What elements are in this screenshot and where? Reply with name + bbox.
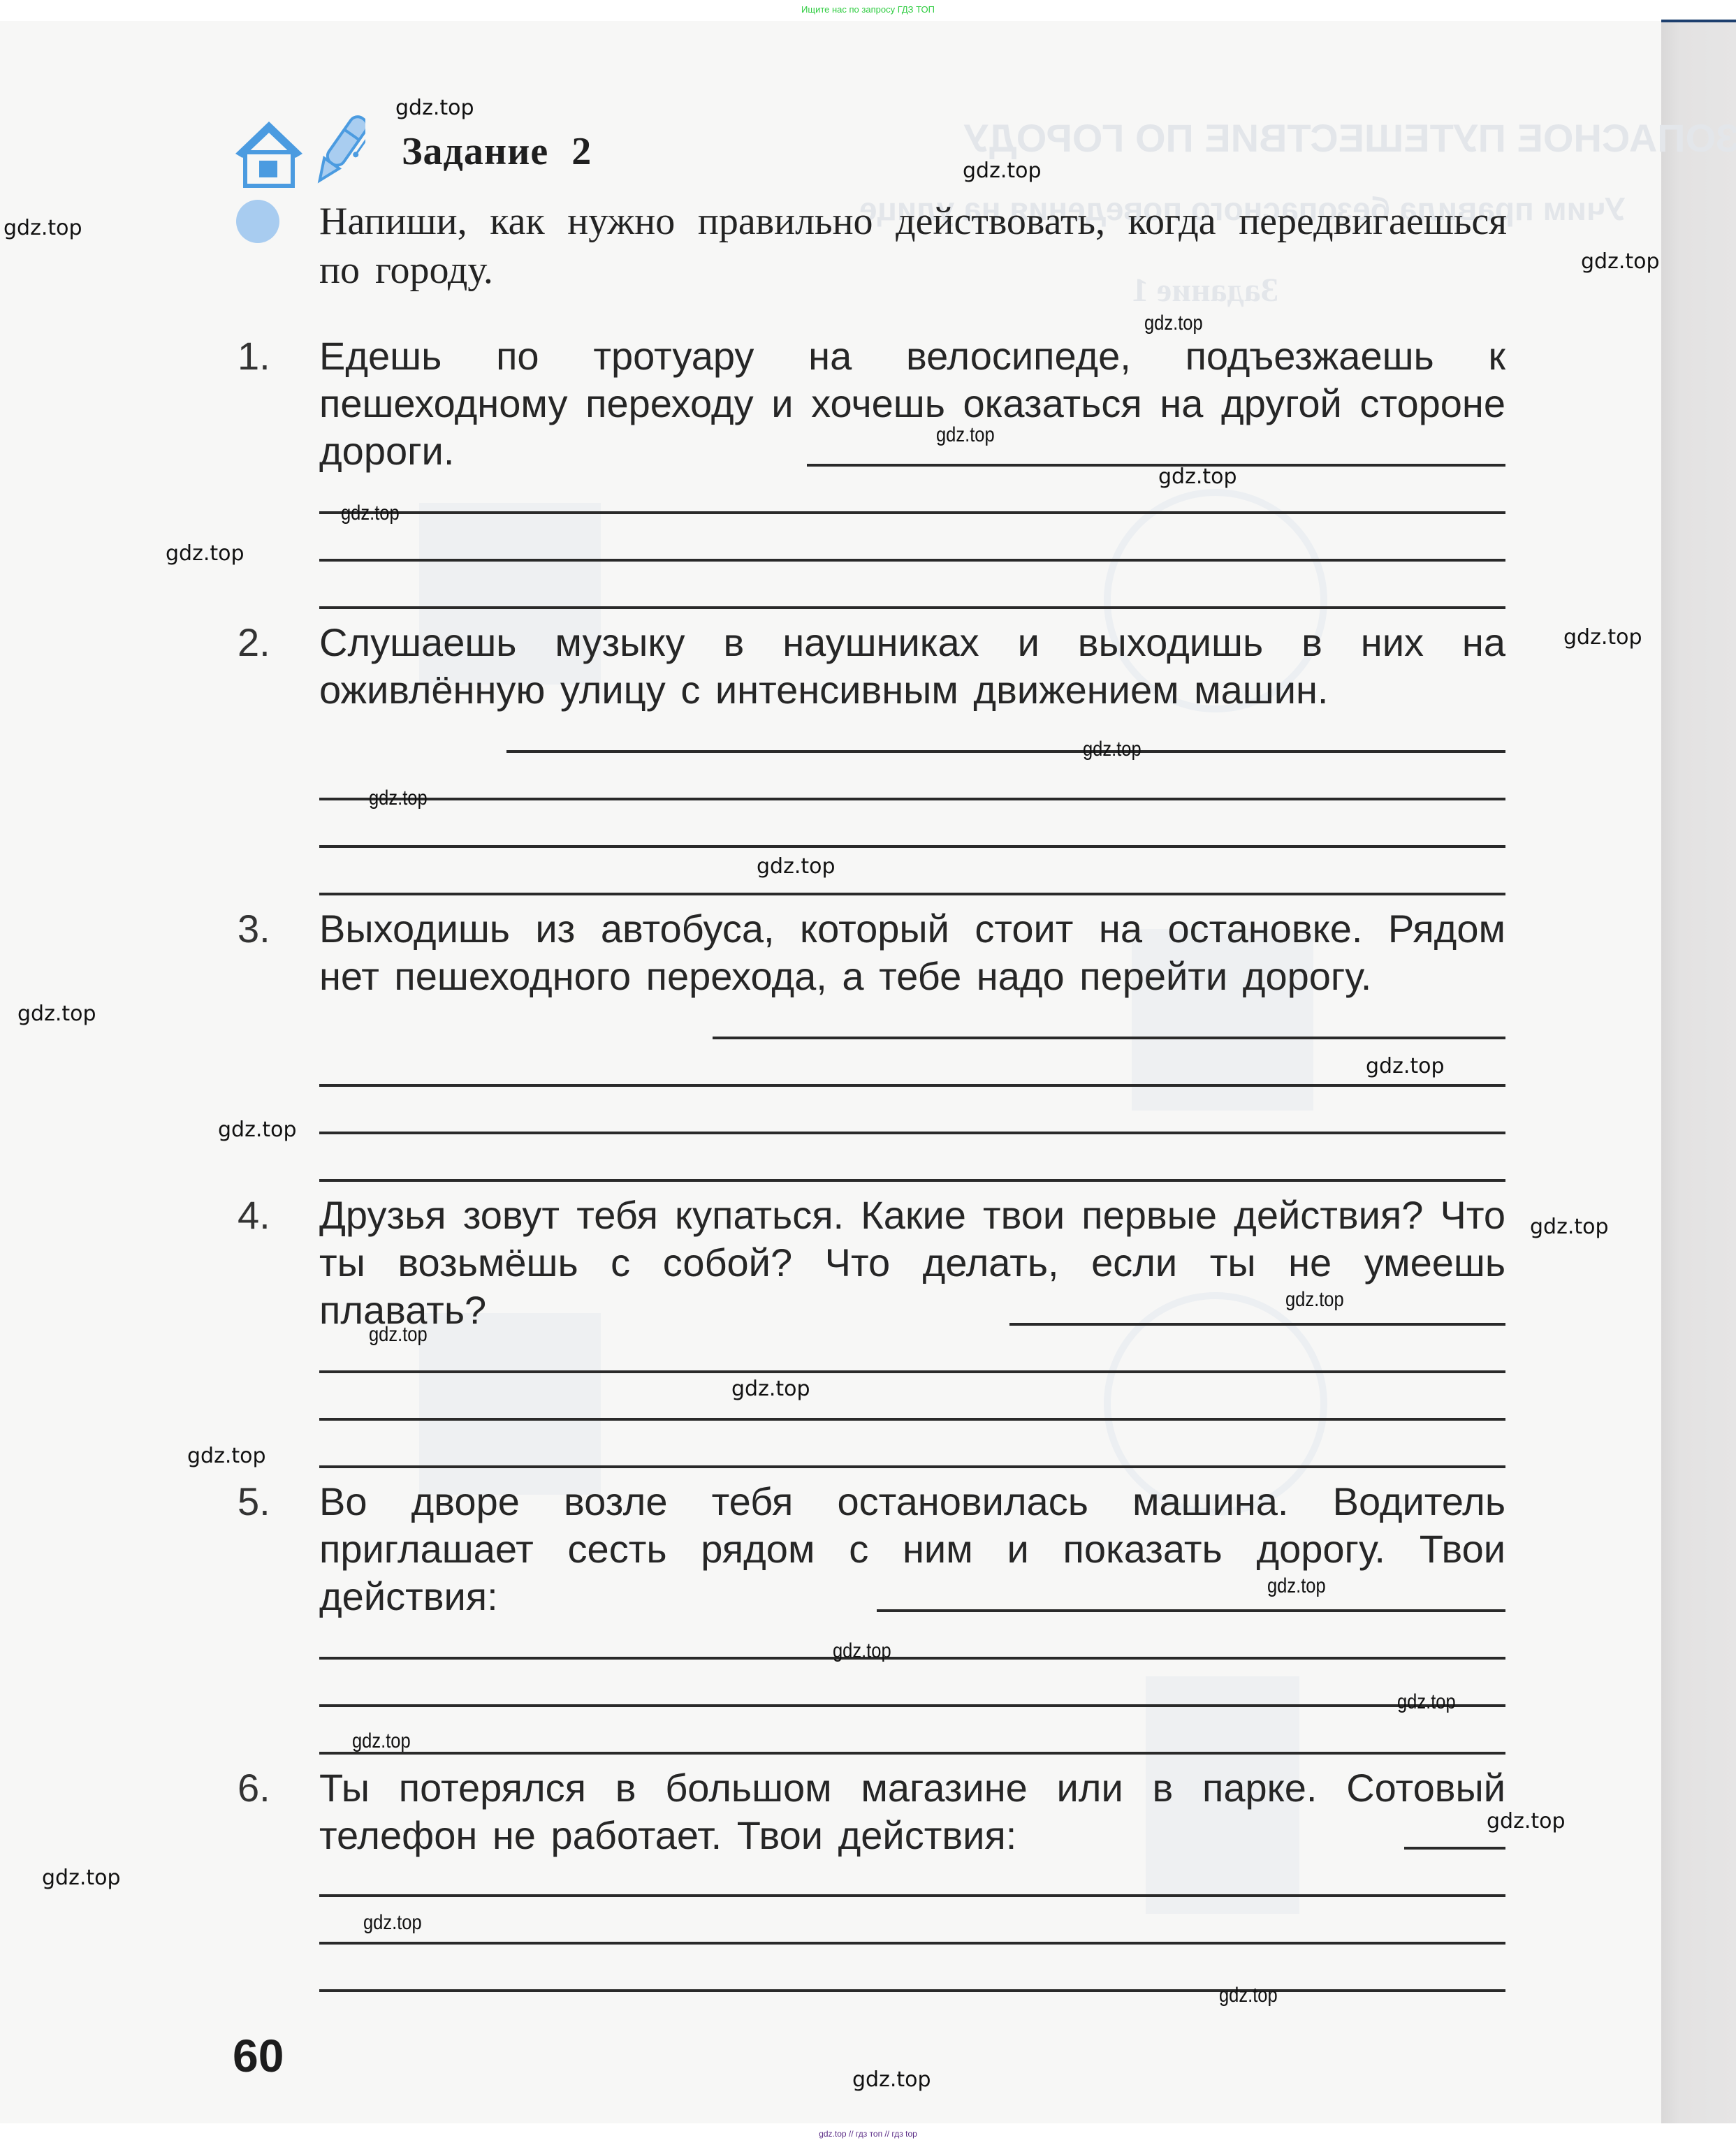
watermark-text: gdz.top	[852, 2070, 931, 2091]
answer-line[interactable]	[319, 893, 1505, 895]
answer-line[interactable]	[319, 606, 1505, 609]
watermark-text: gdz.top	[42, 1868, 121, 1889]
watermark-text: gdz.top	[936, 425, 995, 446]
watermark-text: gdz.top	[1158, 467, 1237, 488]
watermark-text: gdz.top	[166, 543, 245, 564]
watermark-text: gdz.top	[3, 218, 82, 239]
watermark-text: gdz.top	[757, 856, 836, 877]
question-text: Во дворе возле тебя остановилась машина.…	[319, 1478, 1505, 1620]
answer-line[interactable]	[319, 845, 1505, 848]
question-number: 3.	[238, 905, 270, 953]
question-text: Выходишь из автобуса, который стоит на о…	[319, 905, 1505, 1000]
question-text: Друзья зовут тебя купаться. Какие твои п…	[319, 1192, 1505, 1334]
answer-line[interactable]	[319, 1942, 1505, 1945]
question-text: Едешь по тротуару на велосипеде, подъезж…	[319, 332, 1505, 475]
question-number: 4.	[238, 1192, 270, 1239]
question-text-content: Выходишь из автобуса, который стоит на о…	[319, 907, 1505, 998]
answer-line[interactable]	[319, 1657, 1505, 1660]
watermark-text: gdz.top	[1487, 1811, 1566, 1832]
question-text-content: Слушаешь музыку в наушниках и выходишь в…	[319, 620, 1505, 712]
watermark-text: gdz.top	[1144, 313, 1203, 334]
answer-line[interactable]	[319, 1989, 1505, 1992]
watermark-text: gdz.top	[218, 1120, 297, 1141]
watermark-text: gdz.top	[369, 788, 428, 809]
instruction-text: Напиши, как нужно правильно действовать,…	[319, 197, 1507, 295]
watermark-text: gdz.top	[363, 1912, 422, 1933]
footer-credit: gdz.top // гдз топ // гдз top	[0, 2129, 1736, 2139]
question-text-content: Во дворе возле тебя остановилась машина.…	[319, 1479, 1505, 1618]
watermark-text: gdz.top	[1083, 739, 1141, 760]
page-number: 60	[233, 2029, 284, 2082]
watermark-text: gdz.top	[1581, 251, 1660, 272]
question-text: Слушаешь музыку в наушниках и выходишь в…	[319, 619, 1505, 714]
question-text-content: Ты потерялся в большом магазине или в па…	[319, 1766, 1505, 1857]
watermark-text: gdz.top	[341, 503, 400, 524]
question-text-content: Едешь по тротуару на велосипеде, подъезж…	[319, 334, 1505, 473]
watermark-text: gdz.top	[1267, 1576, 1326, 1597]
home-icon	[234, 119, 304, 189]
answer-line[interactable]	[319, 1132, 1505, 1134]
answer-line[interactable]	[319, 1179, 1505, 1182]
question-number: 2.	[238, 619, 270, 666]
answer-line[interactable]	[319, 559, 1505, 562]
watermark-text: gdz.top	[352, 1731, 411, 1752]
answer-line[interactable]	[1009, 1323, 1505, 1326]
watermark-text: gdz.top	[395, 98, 474, 119]
answer-line[interactable]	[506, 750, 1505, 753]
answer-line[interactable]	[319, 1704, 1505, 1707]
answer-line[interactable]	[319, 1465, 1505, 1468]
answer-line[interactable]	[319, 1370, 1505, 1373]
search-banner: Ищите нас по запросу ГДЗ ТОП	[0, 4, 1736, 15]
answer-line[interactable]	[319, 511, 1505, 514]
question-number: 1.	[238, 332, 270, 380]
ghost-lesson-title: Урок 60. БЕЗОПАСНОЕ ПУТЕШЕСТВИЕ ПО ГОРОД…	[964, 115, 1736, 161]
watermark-text: gdz.top	[1563, 627, 1642, 648]
bullet-dot-icon	[236, 200, 279, 243]
answer-line[interactable]	[807, 464, 1505, 467]
watermark-text: gdz.top	[369, 1324, 428, 1345]
watermark-text: gdz.top	[1219, 1985, 1278, 2006]
answer-line[interactable]	[713, 1037, 1505, 1039]
question-text: Ты потерялся в большом магазине или в па…	[319, 1764, 1505, 1859]
page-edge-strip	[1661, 20, 1736, 22]
watermark-text: gdz.top	[963, 161, 1042, 182]
watermark-text: gdz.top	[1285, 1289, 1344, 1310]
page-edge	[1661, 21, 1736, 2123]
question-number: 6.	[238, 1764, 270, 1812]
question-number: 5.	[238, 1478, 270, 1525]
question-text-content: Друзья зовут тебя купаться. Какие твои п…	[319, 1193, 1505, 1332]
watermark-text: gdz.top	[187, 1446, 266, 1467]
watermark-text: gdz.top	[1530, 1217, 1609, 1238]
watermark-text: gdz.top	[833, 1641, 891, 1662]
watermark-text: gdz.top	[1366, 1056, 1445, 1077]
answer-line[interactable]	[877, 1609, 1505, 1612]
answer-line[interactable]	[319, 1752, 1505, 1755]
answer-line[interactable]	[1404, 1847, 1505, 1850]
task-title: Задание 2	[402, 129, 592, 174]
answer-line[interactable]	[319, 798, 1505, 800]
answer-line[interactable]	[319, 1084, 1505, 1087]
watermark-text: gdz.top	[1397, 1692, 1456, 1713]
answer-line[interactable]	[319, 1418, 1505, 1421]
watermark-text: gdz.top	[731, 1379, 810, 1400]
answer-line[interactable]	[319, 1894, 1505, 1897]
watermark-text: gdz.top	[17, 1004, 96, 1025]
pen-icon	[316, 112, 365, 189]
